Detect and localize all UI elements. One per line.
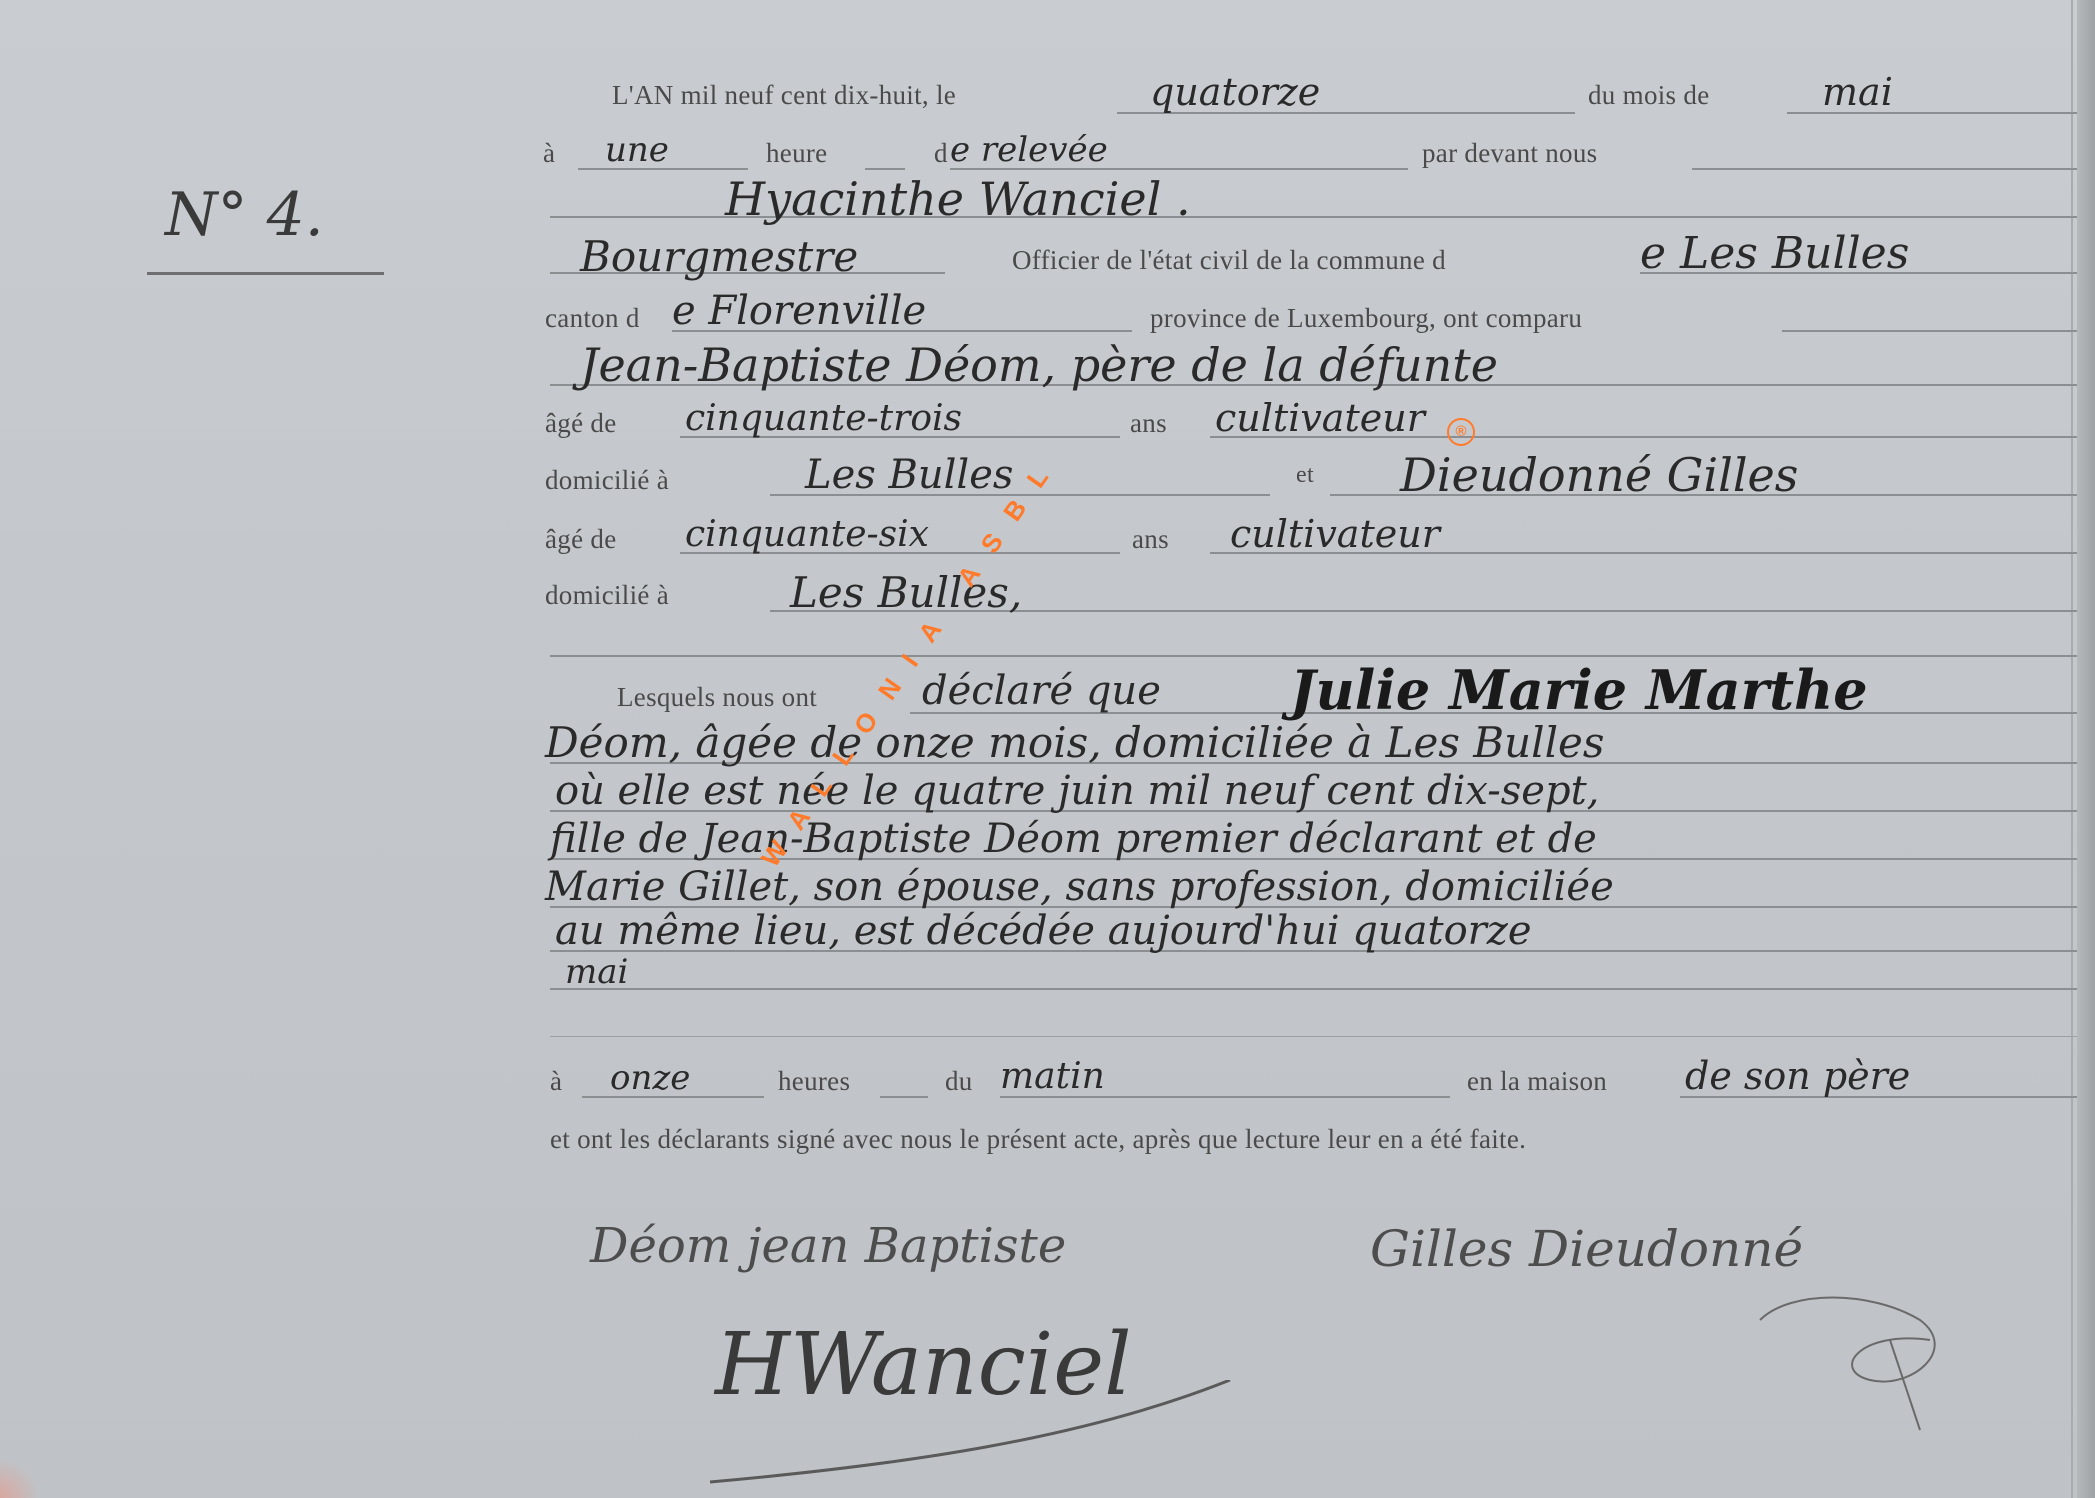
declarant2-name: Dieudonné Gilles — [1400, 448, 1798, 502]
declaration-line-7 — [550, 988, 2077, 990]
declarant1-age: cinquante-trois — [685, 398, 962, 439]
page-binding-edge — [2077, 0, 2095, 1498]
printed-et: et — [1296, 462, 1314, 489]
comparu-line — [1782, 330, 2077, 332]
period-value: e relevée — [950, 130, 1108, 170]
day-value: quatorze — [1150, 70, 1320, 114]
watermark-registered-mark: ® — [1447, 418, 1475, 446]
blank-line — [550, 655, 2077, 657]
declared-text: déclaré que — [922, 668, 1161, 714]
heure-suffix-line — [865, 168, 905, 170]
act-number-underline — [147, 272, 384, 275]
hour-value: une — [605, 130, 669, 170]
page-edge-line — [2071, 0, 2073, 1498]
declaration-text-1: Déom, âgée de onze mois, domiciliée à Le… — [545, 718, 1604, 767]
printed-officier-etat-civil: Officier de l'état civil de la commune d — [1012, 245, 1446, 276]
declarant2-age: cinquante-six — [685, 514, 929, 555]
printed-a: à — [543, 138, 555, 169]
death-period: matin — [1000, 1056, 1105, 1097]
commune-value: e Les Bulles — [1640, 228, 1909, 279]
declaration-text-6: mai — [565, 952, 628, 992]
declaration-text-5: au même lieu, est décédée aujourd'hui qu… — [555, 908, 1532, 954]
declarant1-residence: Les Bulles — [805, 452, 1013, 498]
heures-suffix-line — [880, 1096, 928, 1098]
signature-flourish — [700, 1380, 1260, 1490]
printed-age-de-2: âgé de — [545, 524, 617, 555]
par-devant-line — [1692, 168, 2077, 170]
printed-ans: ans — [1130, 408, 1167, 439]
act-number: N° 4. — [165, 180, 324, 250]
death-hour: onze — [610, 1058, 690, 1098]
corner-stain — [0, 1458, 40, 1498]
printed-de: d — [934, 138, 948, 169]
printed-closing: et ont les déclarants signé avec nous le… — [550, 1124, 1526, 1155]
printed-domicilie-2: domicilié à — [545, 580, 669, 611]
declarant1-profession: cultivateur — [1215, 396, 1425, 440]
deceased-name: Julie Marie Marthe — [1290, 658, 1868, 722]
declaration-text-2: où elle est née le quatre juin mil neuf … — [555, 768, 1599, 814]
month-value: mai — [1822, 70, 1893, 114]
printed-domicilie: domicilié à — [545, 465, 669, 496]
printed-par-devant-nous: par devant nous — [1422, 138, 1597, 169]
printed-year-intro: L'AN mil neuf cent dix-huit, le — [612, 80, 956, 111]
printed-canton: canton d — [545, 303, 640, 334]
printed-du: du — [945, 1066, 973, 1097]
declarant1-name: Jean-Baptiste Déom, père de la défunte — [580, 338, 1498, 392]
signature-declarant1: Déom jean Baptiste — [590, 1218, 1066, 1274]
declarant2-profession: cultivateur — [1230, 512, 1440, 556]
printed-province: province de Luxembourg, ont comparu — [1150, 303, 1582, 334]
signature-declarant2: Gilles Dieudonné — [1370, 1220, 1803, 1278]
printed-ans-2: ans — [1132, 524, 1169, 555]
printed-en-la-maison: en la maison — [1467, 1066, 1607, 1097]
printed-lesquels: Lesquels nous ont — [617, 682, 817, 713]
printed-a-death: à — [550, 1066, 562, 1097]
printed-month-label: du mois de — [1588, 80, 1710, 111]
death-place: de son père — [1685, 1054, 1910, 1098]
printed-heures: heures — [778, 1066, 850, 1097]
printed-age-de: âgé de — [545, 408, 617, 439]
declaration-text-3: fille de Jean-Baptiste Déom premier décl… — [550, 816, 1597, 862]
signature-paraph — [1750, 1280, 1980, 1440]
canton-value: e Florenville — [672, 288, 926, 334]
officer-name: Hyacinthe Wanciel . — [725, 172, 1191, 226]
printed-heure: heure — [766, 138, 827, 169]
declaration-line-8 — [550, 1036, 2077, 1037]
officer-title: Bourgmestre — [580, 232, 858, 281]
declaration-text-4: Marie Gillet, son épouse, sans professio… — [545, 864, 1614, 910]
